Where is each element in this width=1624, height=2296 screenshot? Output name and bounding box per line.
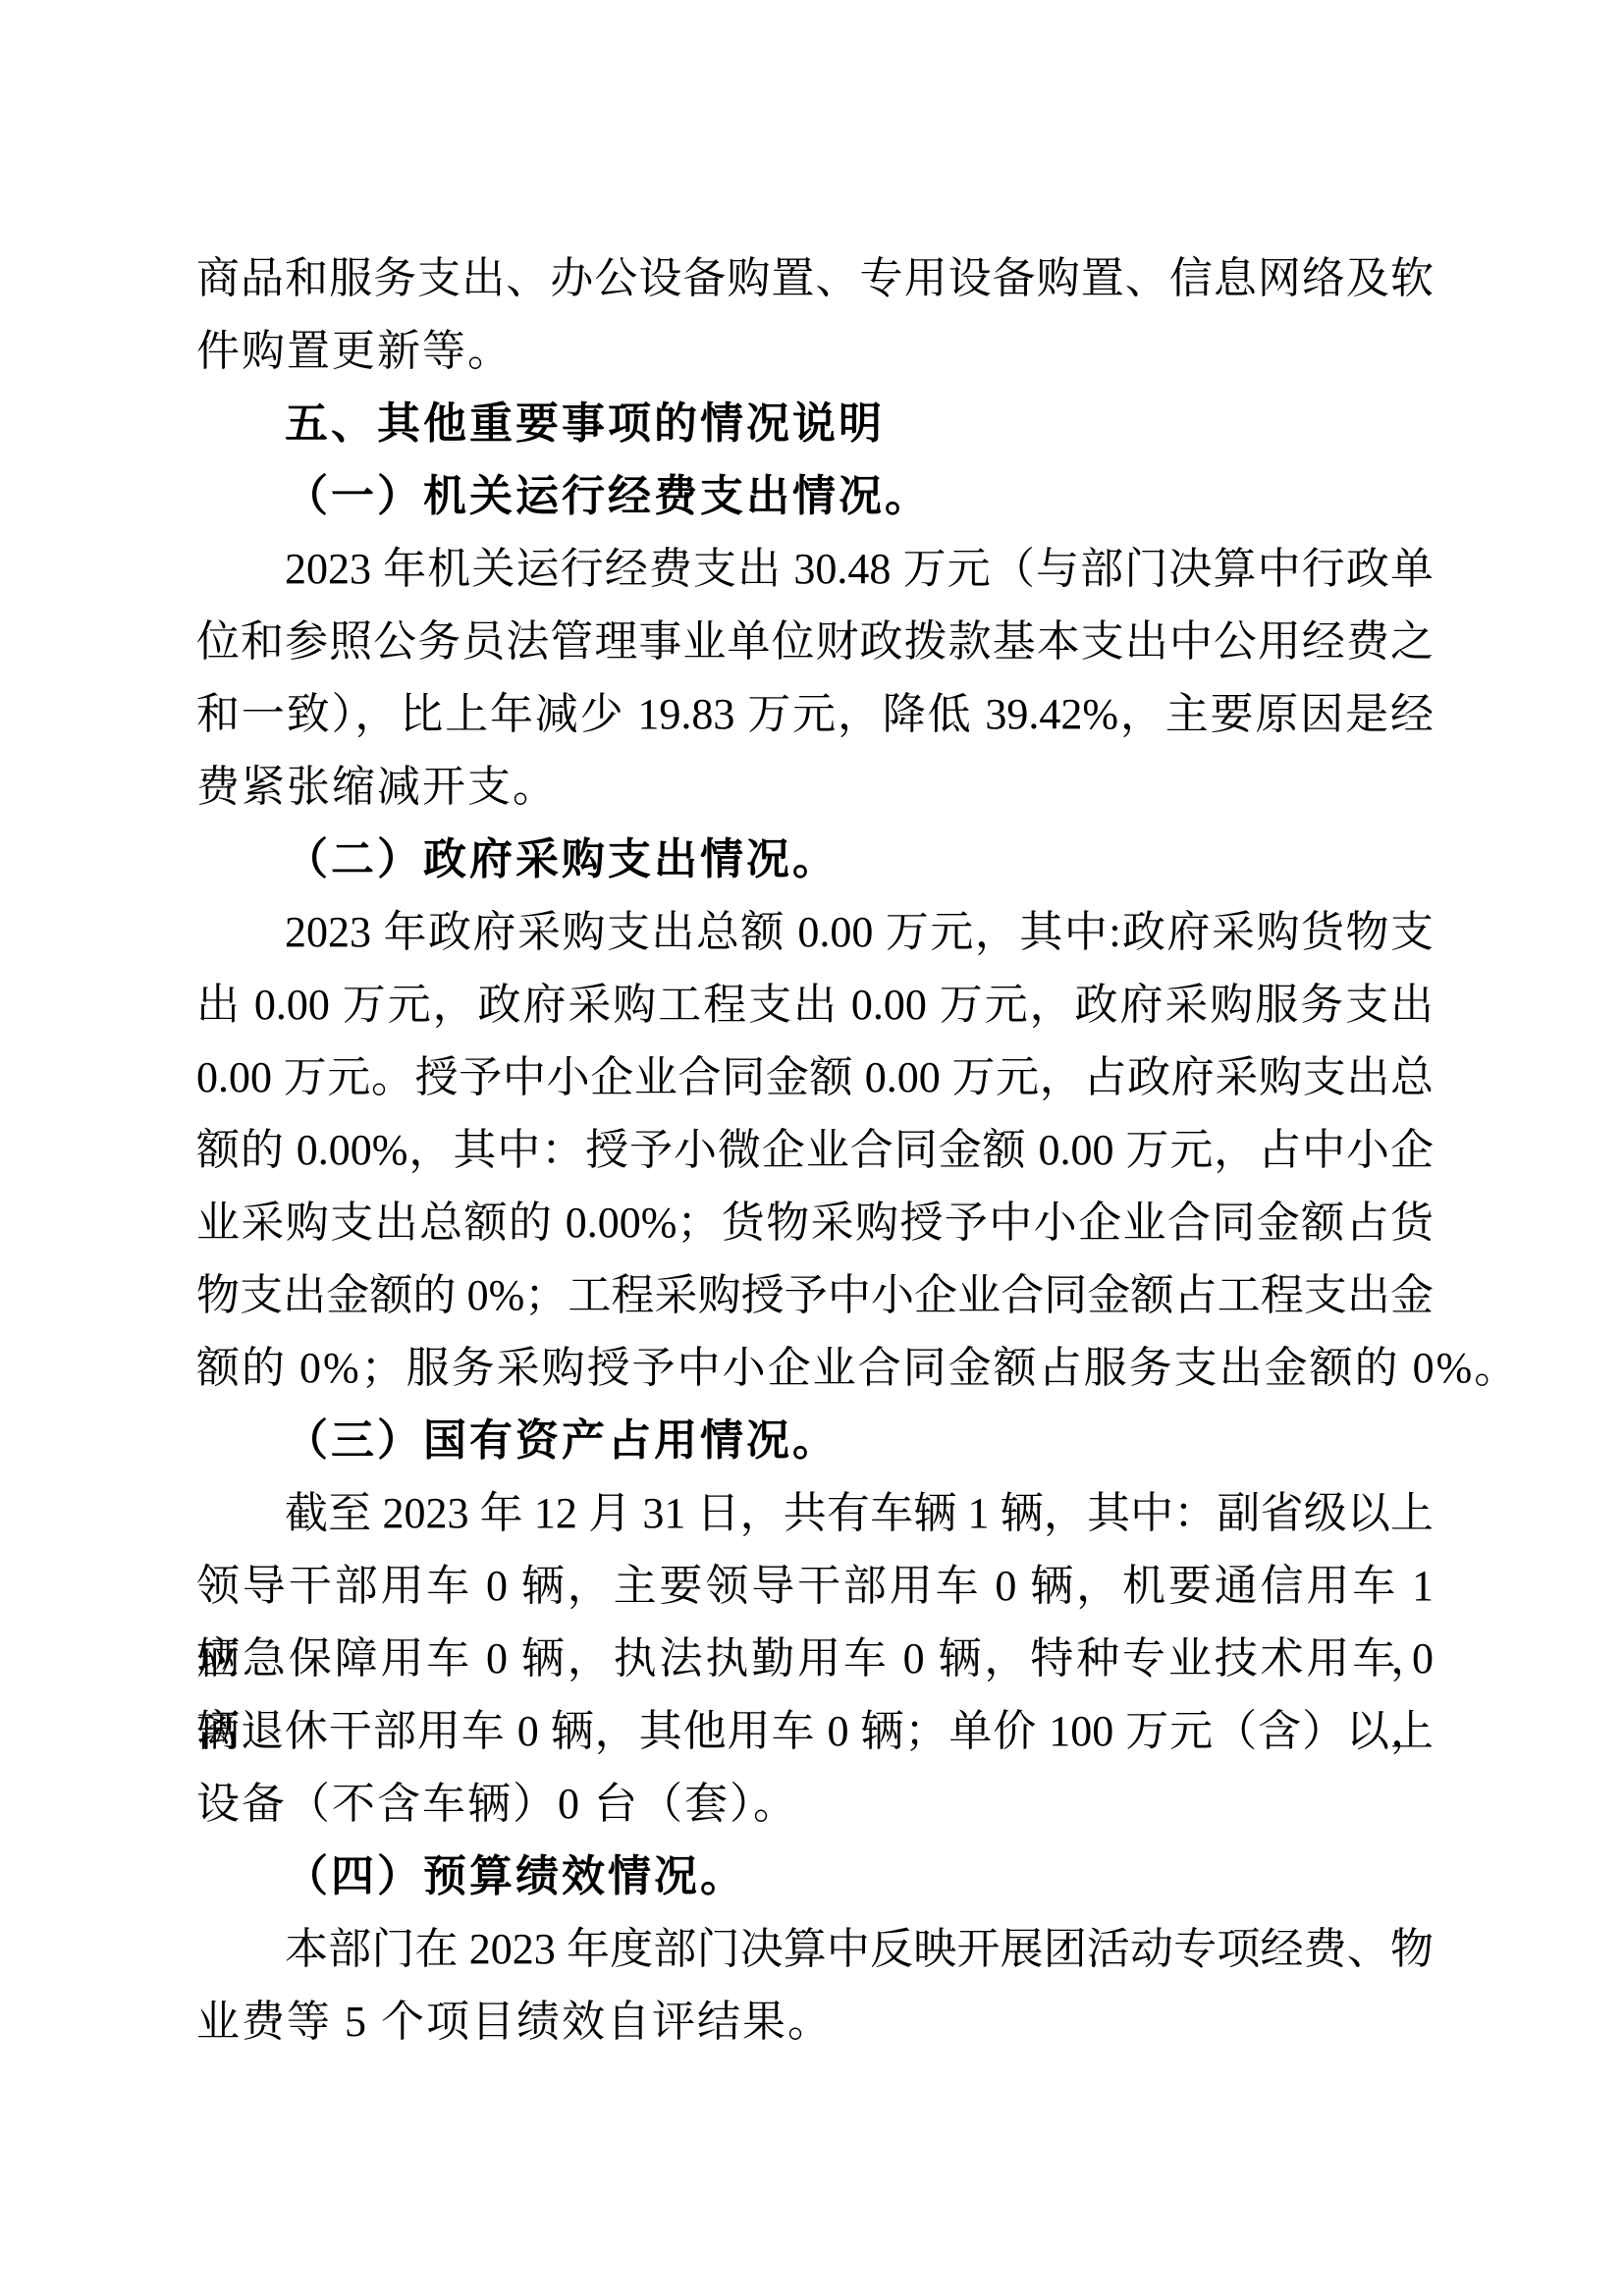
text-line: 应急保障用车 0 辆，执法执勤用车 0 辆，特种专业技术用车 0 辆， — [196, 1623, 1434, 1695]
text-line: 设备（不含车辆）0 台（套）。 — [196, 1768, 1434, 1841]
text-line: 商品和服务支出、办公设备购置、专用设备购置、信息网络及软 — [196, 242, 1434, 315]
text-line: 本部门在 2023 年度部门决算中反映开展团活动专项经费、物 — [196, 1913, 1434, 1986]
text-line: 位和参照公务员法管理事业单位财政拨款基本支出中公用经费之 — [196, 606, 1434, 678]
subsection-heading: （一）机关运行经费支出情况。 — [196, 460, 1434, 533]
text-line: 2023 年政府采购支出总额 0.00 万元，其中:政府采购货物支 — [196, 896, 1434, 969]
subsection-heading: （二）政府采购支出情况。 — [196, 824, 1434, 896]
text-line: 业费等 5 个项目绩效自评结果。 — [196, 1986, 1434, 2058]
document-page: 商品和服务支出、办公设备购置、专用设备购置、信息网络及软件购置更新等。五、其他重… — [0, 0, 1624, 2296]
text-line: 离退休干部用车 0 辆，其他用车 0 辆；单价 100 万元（含）以上 — [196, 1695, 1434, 1768]
subsection-heading: （三）国有资产占用情况。 — [196, 1405, 1434, 1477]
text-line: 2023 年机关运行经费支出 30.48 万元（与部门决算中行政单 — [196, 533, 1434, 606]
text-line: 额的 0.00%，其中：授予小微企业合同金额 0.00 万元，占中小企 — [196, 1114, 1434, 1187]
text-line: 件购置更新等。 — [196, 315, 1434, 388]
document-body: 商品和服务支出、办公设备购置、专用设备购置、信息网络及软件购置更新等。五、其他重… — [196, 242, 1434, 2058]
text-line: 出 0.00 万元，政府采购工程支出 0.00 万元，政府采购服务支出 — [196, 969, 1434, 1041]
text-line: 额的 0%；服务采购授予中小企业合同金额占服务支出金额的 0%。 — [196, 1332, 1434, 1405]
text-line: 领导干部用车 0 辆，主要领导干部用车 0 辆，机要通信用车 1 辆， — [196, 1550, 1434, 1623]
text-line: 和一致），比上年减少 19.83 万元，降低 39.42%，主要原因是经 — [196, 678, 1434, 751]
section-heading: 五、其他重要事项的情况说明 — [196, 388, 1434, 460]
text-line: 费紧张缩减开支。 — [196, 751, 1434, 824]
text-line: 截至 2023 年 12 月 31 日，共有车辆 1 辆，其中：副省级以上 — [196, 1477, 1434, 1550]
text-line: 物支出金额的 0%；工程采购授予中小企业合同金额占工程支出金 — [196, 1259, 1434, 1332]
text-line: 0.00 万元。授予中小企业合同金额 0.00 万元，占政府采购支出总 — [196, 1041, 1434, 1114]
subsection-heading: （四）预算绩效情况。 — [196, 1841, 1434, 1913]
text-line: 业采购支出总额的 0.00%；货物采购授予中小企业合同金额占货 — [196, 1187, 1434, 1259]
